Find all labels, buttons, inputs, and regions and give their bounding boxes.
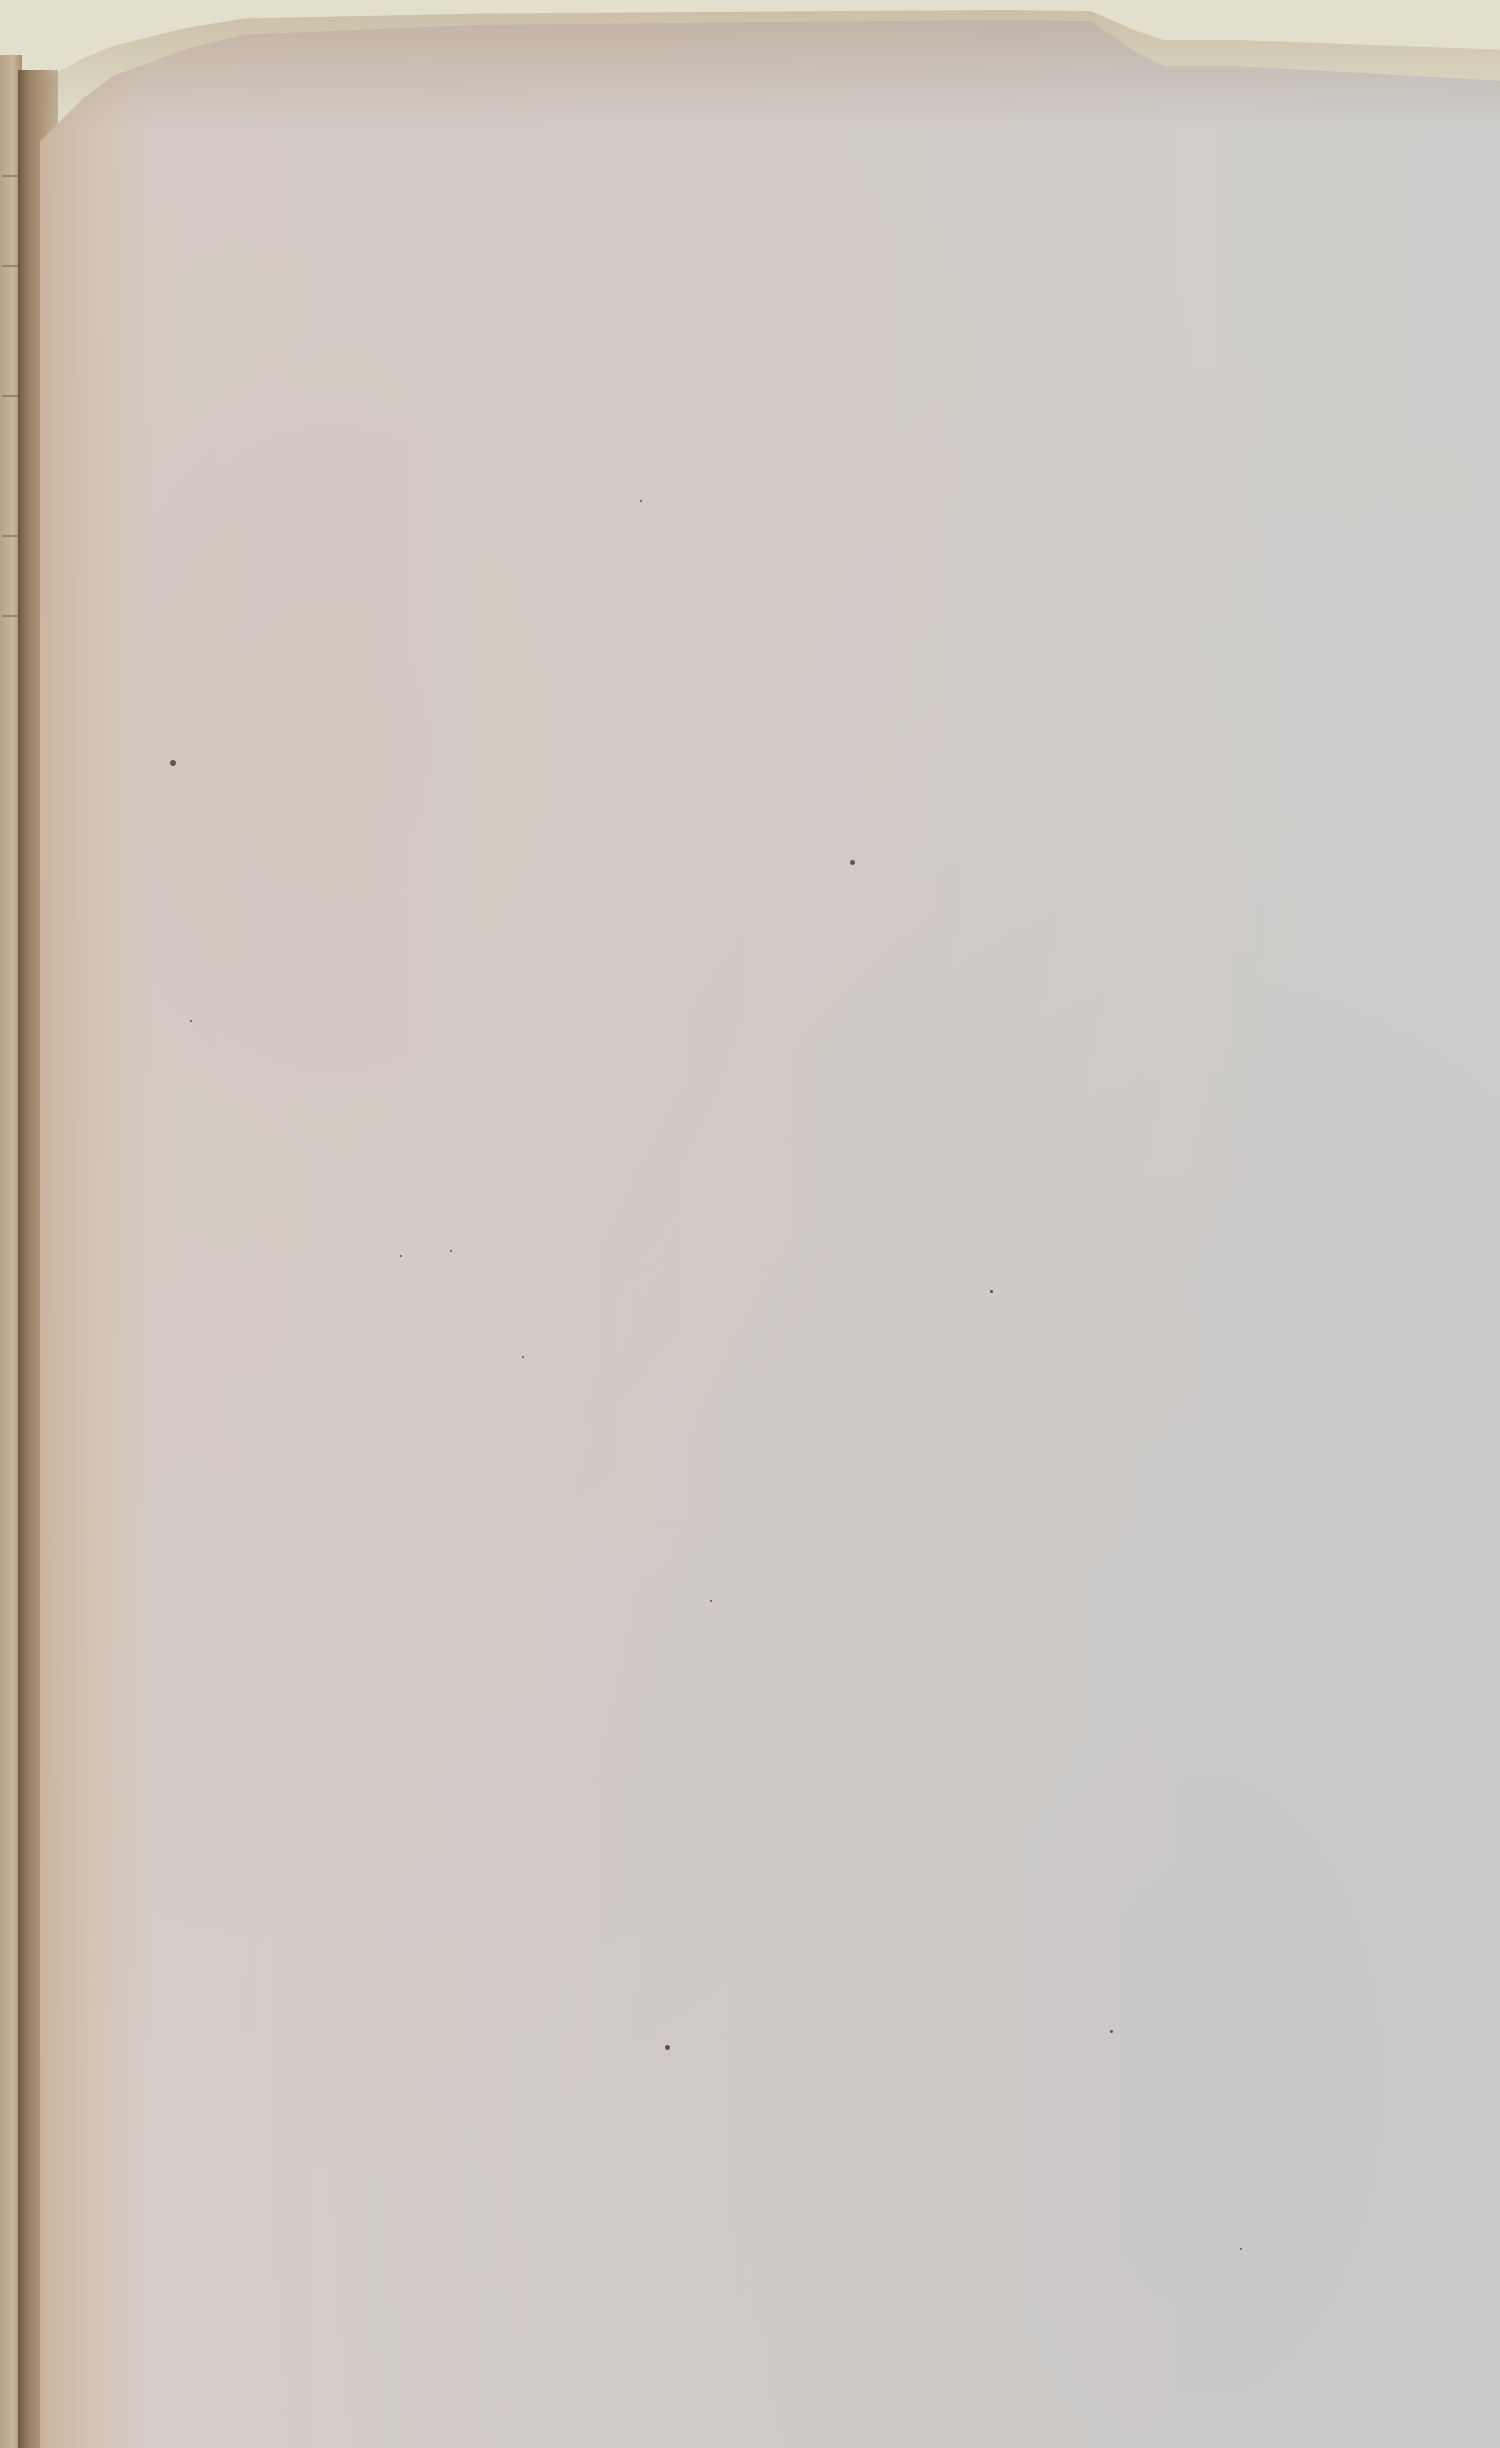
- paper-speck: [522, 1356, 524, 1358]
- paper-speck: [450, 1250, 452, 1252]
- paper-speck: [665, 2045, 670, 2050]
- handwriting-mark: [2, 615, 18, 617]
- paper-speck: [640, 500, 642, 502]
- paper-speck: [170, 760, 176, 766]
- handwriting-mark: [2, 535, 18, 537]
- paper-speck: [850, 860, 855, 865]
- paper-speck: [990, 1290, 993, 1293]
- blank-page: [40, 20, 1500, 2448]
- paper-speck: [400, 1255, 402, 1257]
- paper-speck: [710, 1600, 712, 1602]
- paper-speck: [1240, 2248, 1242, 2250]
- paper-speck: [1110, 2030, 1113, 2033]
- handwriting-mark: [2, 265, 18, 267]
- handwriting-mark: [2, 175, 18, 177]
- handwriting-mark: [2, 395, 18, 397]
- paper-speck: [190, 1020, 192, 1022]
